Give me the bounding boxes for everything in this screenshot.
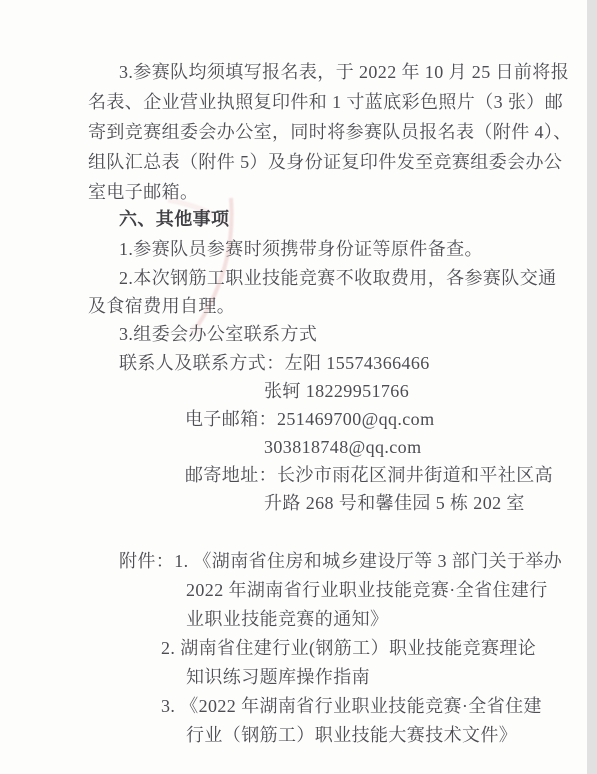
attachment-line: 知识练习题库操作指南	[186, 666, 370, 688]
document-page: 3.参赛队均须填写报名表，于 2022 年 10 月 25 日前将报 名表、企业…	[0, 0, 597, 774]
text-line: 3.参赛队均须填写报名表，于 2022 年 10 月 25 日前将报	[119, 61, 569, 83]
email-line: 303818748@qq.com	[264, 436, 421, 458]
text-line: 1.参赛队员参赛时须携带身份证等原件备查。	[119, 238, 483, 260]
text-line: 室电子邮箱。	[88, 181, 198, 203]
attachment-line: 2. 湖南省住建行业(钢筋工）职业技能竞赛理论	[161, 637, 536, 659]
contact-person-line: 联系人及联系方式：左阳 15574366466	[119, 352, 430, 374]
text-line: 2.本次钢筋工职业技能竞赛不收取费用，各参赛队交通	[119, 267, 557, 289]
contact-person-line: 张轲 18229951766	[264, 380, 409, 402]
text-line: 寄到竞赛组委会办公室，同时将参赛队员报名表（附件 4）、	[88, 121, 572, 143]
attachment-line: 行业（钢筋工）职业技能大赛技术文件》	[186, 724, 517, 746]
text-line: 名表、企业营业执照复印件和 1 寸蓝底彩色照片（3 张）邮	[88, 91, 563, 113]
mail-address-line: 邮寄地址：长沙市雨花区洞井街道和平社区高	[185, 464, 553, 486]
text-line: 3.组委会办公室联系方式	[119, 323, 317, 345]
attachment-line: 附件：1. 《湖南省住房和城乡建设厅等 3 部门关于举办	[119, 550, 562, 572]
text-line: 组队汇总表（附件 5）及身份证复印件发至竞赛组委会办公	[88, 151, 562, 173]
attachment-line: 3. 《2022 年湖南省行业职业技能竞赛·全省住建	[161, 695, 542, 717]
mail-address-line: 升路 268 号和馨佳园 5 栋 202 室	[264, 492, 525, 514]
attachment-line: 2022 年湖南省行业职业技能竞赛·全省住建行	[186, 579, 548, 601]
text-line: 及食宿费用自理。	[88, 295, 235, 317]
scan-edge-band	[587, 0, 597, 774]
attachment-line: 业职业技能竞赛的通知》	[186, 608, 388, 630]
email-line: 电子邮箱：251469700@qq.com	[185, 408, 434, 430]
section-heading-other-matters: 六、其他事项	[119, 208, 229, 230]
